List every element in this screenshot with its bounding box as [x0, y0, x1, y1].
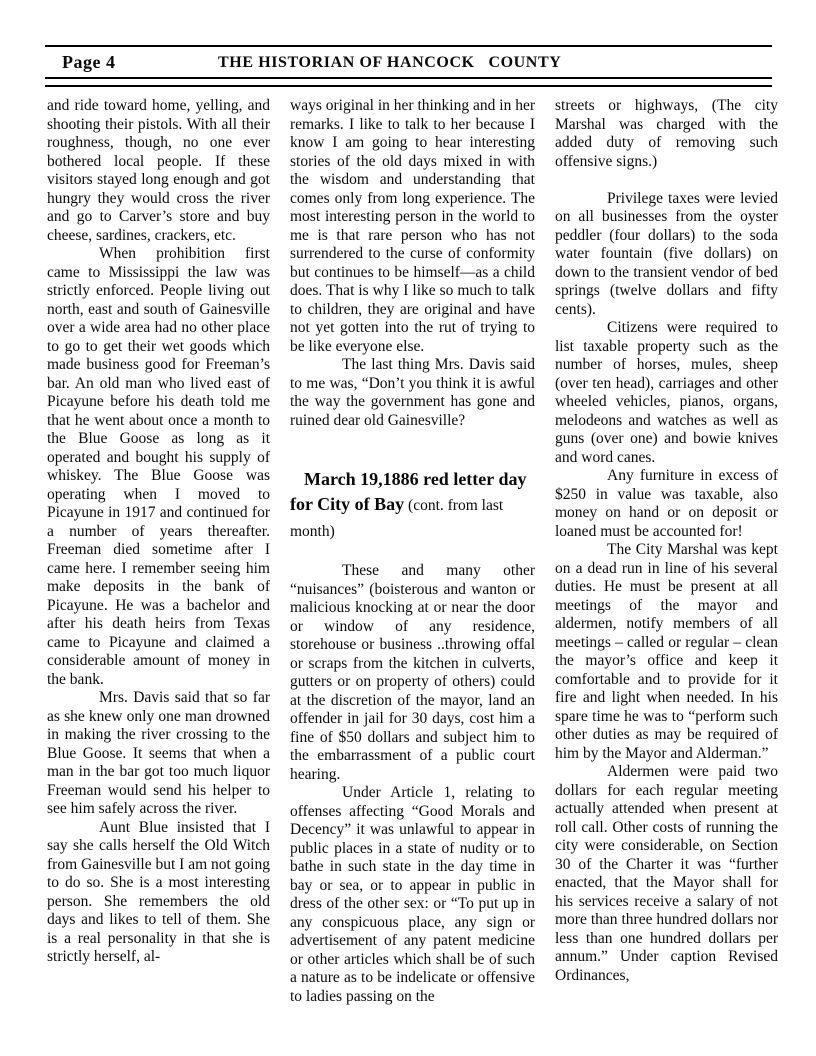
paragraph: The last thing Mrs. Davis said to me was…: [290, 356, 535, 430]
article-columns: and ride toward home, yelling, and shoot…: [47, 97, 778, 1006]
paragraph: ways original in her thinking and in her…: [290, 97, 535, 356]
masthead-title: THE HISTORIAN OF HANCOCK COUNTY: [218, 54, 561, 72]
page-header: Page 4 THE HISTORIAN OF HANCOCK COUNTY: [45, 50, 772, 76]
paragraph: These and many other “nuisances” (boiste…: [290, 562, 535, 784]
article-heading: March 19,1886 red letter day for City of…: [290, 467, 535, 544]
paragraph: Aunt Blue insisted that I say she calls …: [47, 819, 270, 967]
paragraph: The City Marshal was kept on a dead run …: [555, 541, 778, 763]
paragraph: and ride toward home, yelling, and shoot…: [47, 97, 270, 245]
column-right: streets or highways, (The city Marshal w…: [555, 97, 778, 1006]
paragraph: streets or highways, (The city Marshal w…: [555, 97, 778, 171]
paragraph: Citizens were required to list taxable p…: [555, 319, 778, 467]
column-left: and ride toward home, yelling, and shoot…: [47, 97, 270, 1006]
paragraph: Privilege taxes were levied on all busin…: [555, 190, 778, 320]
paragraph: Under Article 1, relating to offenses af…: [290, 784, 535, 1006]
header-divider-rule-1: [45, 77, 772, 79]
paragraph: When prohibition first came to Mississip…: [47, 245, 270, 689]
header-divider-rule-2: [45, 85, 772, 87]
header-top-rule: [45, 45, 772, 47]
column-middle: ways original in her thinking and in her…: [290, 97, 535, 1006]
page-number: Page 4: [62, 52, 115, 73]
paragraph: Aldermen were paid two dollars for each …: [555, 763, 778, 985]
paragraph: Any furniture in excess of $250 in value…: [555, 467, 778, 541]
paragraph: Mrs. Davis said that so far as she knew …: [47, 689, 270, 819]
